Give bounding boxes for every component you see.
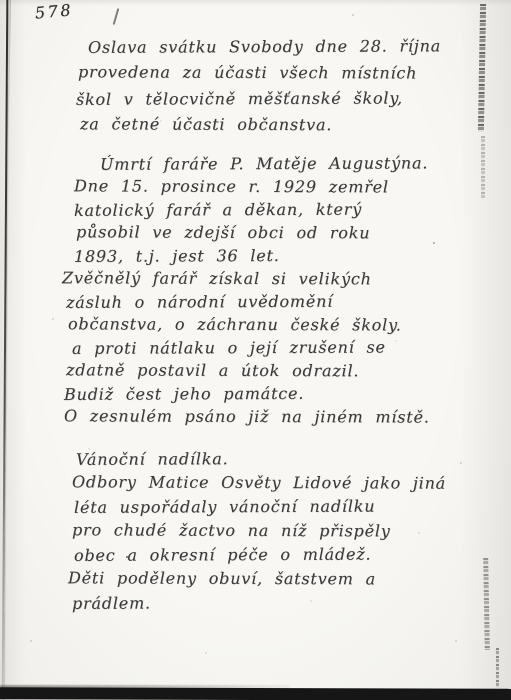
handwritten-line: působil ve zdejší obci od roku [76, 220, 472, 244]
handwritten-line: Zvěčnělý farář získal si velikých [62, 266, 472, 290]
paragraph: Úmrtí faráře P. Matěje Augustýna.Dne 15.… [80, 152, 472, 428]
stray-pen-mark [113, 8, 119, 25]
handwritten-line: Odbory Matice Osvěty Lidové jako jiná [72, 470, 472, 495]
handwritten-line: Úmrtí faráře P. Matěje Augustýna. [100, 151, 472, 176]
page-edge-texture-bottom [496, 648, 499, 688]
paper-speckles [0, 0, 2, 2]
handwritten-line: zdatně postavil a útok odrazil. [66, 358, 472, 382]
handwritten-line: zásluh o národní uvědomění [66, 289, 472, 314]
handwritten-line: 1893, t.j. jest 36 let. [74, 243, 472, 268]
handwritten-line: občanstva, o záchranu české školy. [68, 312, 472, 336]
handwritten-line: O zesnulém psáno již na jiném místě. [64, 404, 472, 428]
binding-crease-line [2, 0, 9, 700]
handwritten-line: katolický farář a děkan, který [74, 197, 472, 222]
handwritten-line: Oslava svátku Svobody dne 28. října [88, 33, 472, 61]
paragraph: Vánoční nadílka.Odbory Matice Osvěty Lid… [80, 447, 472, 615]
scan-edge-bar [0, 687, 511, 700]
handwritten-line: Dne 15. prosince r. 1929 zemřel [74, 174, 472, 198]
page-edge-texture-lower [483, 558, 490, 650]
handwritten-line: provedena za účasti všech místních [78, 59, 472, 86]
handwritten-line: Vánoční nadílka. [76, 446, 472, 472]
handwritten-line: prádlem. [72, 590, 472, 616]
handwritten-line: Děti poděleny obuví, šatstvem a [68, 566, 472, 591]
handwritten-text-block: Oslava svátku Svobody dne 28. říjnaprove… [80, 34, 472, 615]
binding-crease-line-faint [8, 0, 11, 130]
paragraph: Oslava svátku Svobody dne 28. říjnaprove… [80, 34, 472, 138]
page-edge-texture-top [478, 4, 486, 132]
handwritten-line: obec a okresní péče o mládež. [74, 542, 472, 568]
page-number: 578 [34, 0, 74, 22]
scanned-document-page: 578 Oslava svátku Svobody dne 28. říjnap… [0, 0, 511, 700]
handwritten-line: škol v tělocvičně měšťanské školy, [76, 85, 472, 113]
handwritten-line: Budiž čest jeho památce. [64, 381, 472, 406]
handwritten-line: léta uspořádaly vánoční nadílku [74, 494, 472, 520]
handwritten-line: za četné účasti občanstva. [80, 111, 472, 138]
handwritten-line: pro chudé žactvo na níž přispěly [72, 518, 472, 543]
handwritten-line: a proti nátlaku o její zrušení se [72, 335, 472, 360]
page-edge-texture-mid [481, 136, 485, 198]
